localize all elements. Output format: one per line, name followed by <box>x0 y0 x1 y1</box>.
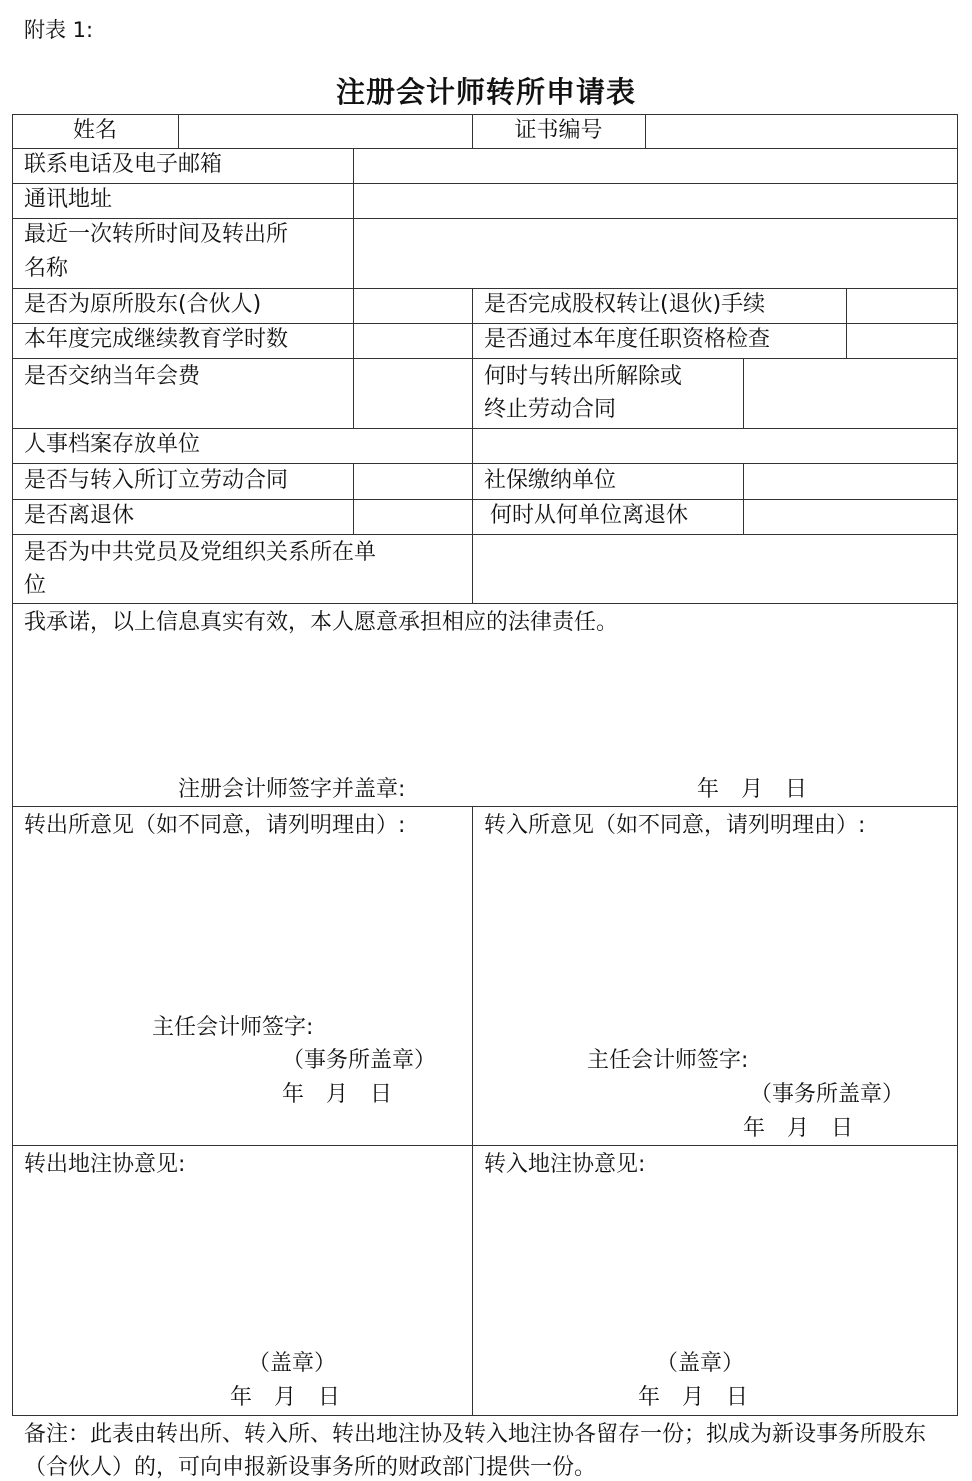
is-shareholder-input[interactable] <box>355 290 471 322</box>
terminate-contract-label-line2: 终止劳动合同 <box>484 393 616 427</box>
form-title: 注册会计师转所申请表 <box>0 70 972 111</box>
last-transfer-input[interactable] <box>355 220 955 287</box>
pledge-signature-area[interactable] <box>14 640 955 770</box>
personnel-file-input[interactable] <box>474 430 955 462</box>
out-firm-date: 年 月 日 <box>282 1078 392 1112</box>
equity-transfer-label: 是否完成股权转让(退伙)手续 <box>484 288 765 322</box>
in-firm-date: 年 月 日 <box>743 1112 853 1146</box>
annex-label: 附表 1: <box>24 14 93 44</box>
retire-when-where-label: 何时从何单位离退休 <box>490 499 688 533</box>
transfer-in-association-opinion-input[interactable] <box>474 1184 955 1344</box>
pledge-text: 我承诺，以上信息真实有效，本人愿意承担相应的法律责任。 <box>24 606 618 640</box>
transfer-out-association-opinion-input[interactable] <box>14 1184 470 1344</box>
in-association-date: 年 月 日 <box>638 1381 748 1415</box>
transfer-in-association-opinion-label: 转入地注协意见: <box>484 1148 645 1182</box>
annual-check-label: 是否通过本年度任职资格检查 <box>484 323 770 357</box>
equity-transfer-input[interactable] <box>848 290 955 322</box>
name-input[interactable] <box>180 116 470 147</box>
in-association-seal: （盖章） <box>656 1347 744 1381</box>
out-association-seal: （盖章） <box>248 1347 336 1381</box>
transfer-out-firm-opinion-input[interactable] <box>14 845 470 1005</box>
cpe-hours-label: 本年度完成继续教育学时数 <box>24 323 288 357</box>
new-contract-input[interactable] <box>355 465 471 498</box>
party-label-line2: 位 <box>24 569 46 603</box>
party-input[interactable] <box>474 536 955 602</box>
is-shareholder-label: 是否为原所股东(合伙人) <box>24 288 261 322</box>
in-firm-seal-label: （事务所盖章） <box>750 1078 904 1112</box>
annual-check-input[interactable] <box>848 325 955 357</box>
name-label: 姓名 <box>12 114 178 148</box>
transfer-out-association-opinion-label: 转出地注协意见: <box>24 1148 185 1182</box>
last-transfer-label-line2: 名称 <box>24 252 68 286</box>
transfer-in-firm-opinion-input[interactable] <box>474 845 955 1035</box>
in-director-sign-label: 主任会计师签字: <box>587 1044 748 1078</box>
terminate-contract-label-line1: 何时与转出所解除或 <box>484 360 682 394</box>
terminate-contract-input[interactable] <box>745 360 955 427</box>
address-input[interactable] <box>355 185 955 217</box>
pledge-signature-label: 注册会计师签字并盖章: <box>178 773 405 807</box>
party-label-line1: 是否为中共党员及党组织关系所在单 <box>24 536 376 570</box>
phone-email-input[interactable] <box>355 150 955 182</box>
pledge-date: 年 月 日 <box>697 773 807 807</box>
social-security-input[interactable] <box>745 465 955 498</box>
new-contract-label: 是否与转入所订立劳动合同 <box>24 464 288 498</box>
out-association-date: 年 月 日 <box>230 1381 340 1415</box>
cert-no-input[interactable] <box>647 116 955 147</box>
retire-when-where-input[interactable] <box>745 501 955 533</box>
transfer-in-firm-opinion-label: 转入所意见（如不同意，请列明理由）: <box>484 809 865 843</box>
retired-input[interactable] <box>355 501 471 533</box>
fee-paid-label: 是否交纳当年会费 <box>24 360 200 394</box>
remarks-note: 备注：此表由转出所、转入所、转出地注协及转入地注协各留存一份；拟成为新设事务所股… <box>24 1418 954 1481</box>
cert-no-label: 证书编号 <box>472 114 645 148</box>
out-firm-seal-label: （事务所盖章） <box>282 1044 436 1078</box>
retired-label: 是否离退休 <box>24 499 134 533</box>
personnel-file-label: 人事档案存放单位 <box>24 428 200 462</box>
fee-paid-input[interactable] <box>355 360 471 427</box>
last-transfer-label-line1: 最近一次转所时间及转出所 <box>24 218 288 252</box>
cpe-hours-input[interactable] <box>355 325 471 357</box>
transfer-out-firm-opinion-label: 转出所意见（如不同意，请列明理由）: <box>24 809 405 843</box>
out-director-sign-label: 主任会计师签字: <box>152 1011 313 1045</box>
social-security-label: 社保缴纳单位 <box>484 464 616 498</box>
phone-email-label: 联系电话及电子邮箱 <box>24 148 222 182</box>
address-label: 通讯地址 <box>24 183 112 217</box>
